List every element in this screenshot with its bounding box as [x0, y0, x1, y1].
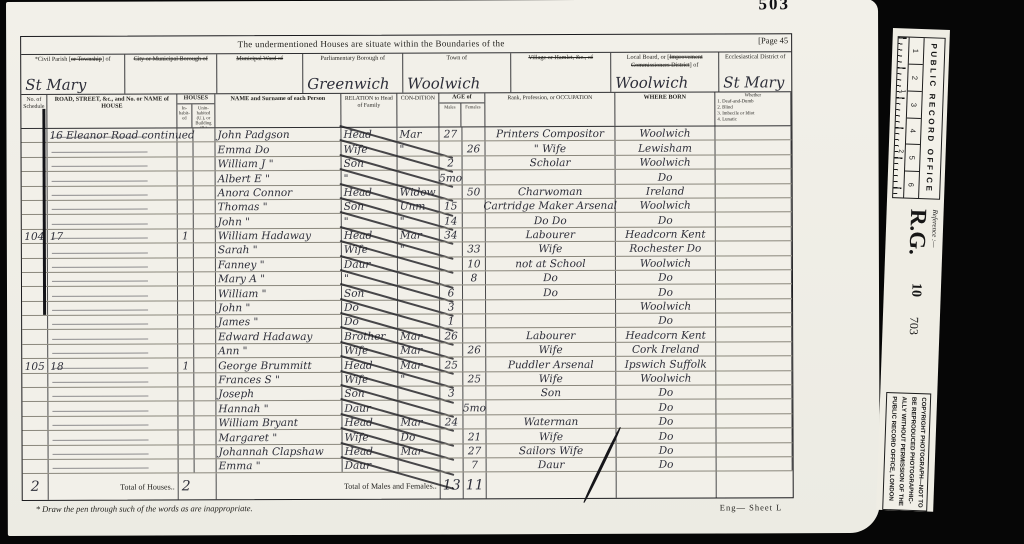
label-struck: Village or Hamlet, &c., of [528, 54, 593, 61]
cell-age-female: 27 [464, 444, 487, 457]
label-pre: *Civil Parish [ [35, 56, 71, 63]
cell-relation: Wife [341, 142, 397, 156]
col-name: NAME and Surname of each Person [215, 94, 341, 127]
label-pre: Ecclesiastical District of [725, 53, 786, 60]
cell-name: Thomas " [216, 200, 342, 214]
cell-uninhabited [194, 229, 216, 242]
cell-schedule [22, 330, 48, 343]
cell-infirmity [716, 155, 792, 169]
reference-value: R.G. 10 703 [900, 209, 931, 355]
cell-name: Emma " [217, 459, 343, 473]
cell-condition: " [398, 243, 440, 257]
cell-uninhabited [194, 272, 216, 285]
cell-uninhabited [194, 330, 216, 343]
public-record-office-label: PUBLIC RECORD OFFICE [919, 38, 945, 199]
ruler-number: 5 [904, 145, 919, 172]
cell-occupation: Labourer [486, 228, 616, 242]
cell-relation: Son [342, 387, 398, 401]
cell-inhabited [177, 128, 193, 141]
cell-age-female [463, 386, 486, 399]
col-houses-label: HOUSES [177, 94, 214, 104]
cell-inhabited [178, 258, 194, 271]
cell-born: Do [616, 414, 716, 428]
cell-occupation: Do [486, 285, 616, 299]
cell-name: William " [216, 286, 342, 300]
cell-road [48, 416, 178, 430]
cell-occupation: Charwoman [486, 184, 616, 198]
col-occupation: Rank, Profession, or OCCUPATION [485, 93, 615, 126]
cell-inhabited [178, 416, 194, 429]
cell-schedule [23, 445, 49, 458]
cell-uninhabited [194, 416, 216, 429]
film-edge-strip: 1 2 1 2 3 4 5 6 PUBLIC RECORD OFFICE Ref… [876, 28, 950, 512]
cell-schedule [22, 402, 48, 415]
cell-age-male [440, 430, 463, 443]
pro-ruler: 1 2 1 2 3 4 5 6 PUBLIC RECORD OFFICE [892, 36, 946, 200]
cell-infirmity [716, 313, 792, 327]
col-relation: RELATION to Head of Family [341, 94, 397, 127]
district-town: Town of Woolwich [403, 53, 511, 92]
cell-uninhabited [194, 243, 216, 256]
district-band: *Civil Parish [or Township] of St Mary C… [21, 52, 791, 95]
cell-age-male [440, 372, 463, 385]
cell-age-male [440, 401, 463, 414]
cell-infirmity [716, 342, 792, 356]
total-females-value: 11 [464, 473, 487, 499]
district-civil-parish: *Civil Parish [or Township] of St Mary [21, 55, 125, 94]
district-label: Local Board, or [Improvement Commissione… [613, 54, 716, 70]
cell-uninhabited [194, 344, 216, 357]
cell-relation: " [342, 214, 398, 228]
cell-schedule [22, 417, 48, 430]
cell-age-male [440, 185, 463, 198]
cell-road [48, 330, 178, 344]
cell-occupation: " Wife [485, 141, 615, 155]
cell-born: Woolwich [616, 371, 716, 385]
cell-age-female [463, 415, 486, 428]
cell-born: Ireland [616, 184, 716, 198]
cell-occupation: Wife [486, 242, 616, 256]
cell-born: Headcorn Kent [616, 227, 716, 241]
cell-occupation [486, 314, 616, 328]
cell-condition: Mar [398, 343, 440, 357]
cell-condition: Mar [398, 415, 440, 429]
cell-age-female: 8 [463, 271, 486, 284]
cell-born: Woolwich [615, 127, 715, 141]
cell-name: Frances S " [216, 372, 342, 386]
cell-occupation: Do Do [486, 213, 616, 227]
col-condition: CON-DITION [397, 93, 439, 126]
cell-name: Fanney " [216, 257, 342, 271]
col-age-label: AGE of [439, 93, 484, 103]
cell-inhabited [177, 143, 193, 156]
cell-name: William Hadaway [216, 229, 342, 243]
ruler-inch-label: 2 [897, 149, 904, 153]
cell-occupation: Labourer [486, 328, 616, 342]
cell-age-female [463, 199, 486, 212]
cell-age-male [440, 271, 463, 284]
cell-name: Emma Do [215, 142, 341, 156]
cell-occupation: Cartridge Maker Arsenal [486, 199, 616, 213]
cell-uninhabited [195, 459, 217, 472]
cell-inhabited [178, 373, 194, 386]
cell-condition [399, 458, 441, 472]
cell-age-female [462, 127, 485, 140]
table-title: The undermentioned Houses are situate wi… [21, 38, 721, 50]
handwritten-value: Greenwich [307, 75, 389, 93]
cell-uninhabited [194, 287, 216, 300]
copyright-notice: COPYRIGHT PHOTOGRAPH—NOT TO BE REPRODUCE… [882, 391, 931, 511]
cell-road [47, 143, 177, 157]
col-born-label: WHERE BORN [644, 95, 687, 101]
cell-road [48, 244, 178, 258]
cell-age-male: 26 [440, 329, 463, 342]
cell-inhabited [178, 287, 194, 300]
cell-uninhabited [194, 186, 216, 199]
cell-condition [398, 286, 440, 300]
cell-road [48, 272, 178, 286]
cell-relation: Wife [342, 372, 398, 386]
col-inhabited: In-habit-ed [177, 104, 192, 127]
cell-occupation: Do [486, 271, 616, 285]
cell-road [48, 373, 178, 387]
cell-born: Do [617, 443, 717, 457]
cell-road [49, 445, 179, 459]
label-pre: Parliamentary Borough of [320, 55, 385, 62]
cell-age-female [463, 170, 486, 183]
district-label: Parliamentary Borough of [305, 55, 400, 63]
district-label: Village or Hamlet, &c., of [513, 54, 608, 62]
cell-road [48, 315, 178, 329]
cell-age-male: 3 [440, 386, 463, 399]
cell-uninhabited [194, 430, 216, 443]
cell-road [48, 287, 178, 301]
cell-uninhabited [193, 128, 215, 141]
cell-inhabited [178, 200, 194, 213]
cell-name: Sarah " [216, 243, 342, 257]
cell-born: Cork Ireland [616, 342, 716, 356]
cell-name: James " [216, 315, 342, 329]
cell-name: John Padgson [215, 128, 341, 142]
cell-name: Ann " [216, 344, 342, 358]
cell-age-male: 15 [440, 199, 463, 212]
cell-born: Woolwich [616, 299, 716, 313]
cell-condition: Unm [398, 199, 440, 213]
cell-inhabited [178, 431, 194, 444]
cell-name: Hannah " [216, 401, 342, 415]
column-header-band: No. of Schedule ROAD, STREET, &c., and N… [21, 92, 791, 129]
label-pre: Local Board, or [ [627, 54, 670, 61]
cell-infirmity [716, 328, 792, 342]
cell-condition: " [398, 372, 440, 386]
cell-relation: Wife [342, 430, 398, 444]
col-road: ROAD, STREET, &c., and No. or NAME of HO… [47, 94, 177, 127]
cell-age-male: 14 [440, 214, 463, 227]
cell-occupation [486, 170, 616, 184]
cell-inhabited [178, 172, 194, 185]
district-local-board: Local Board, or [Improvement Commissione… [611, 53, 719, 92]
cell-relation: Do [342, 300, 398, 314]
infirm-line: 4. Lunatic [717, 117, 736, 122]
cell-relation: Head [343, 444, 399, 458]
cell-schedule: 105 [22, 359, 48, 372]
cell-born: Do [616, 429, 716, 443]
cell-age-female [463, 329, 486, 342]
infirm-line: 1. Deaf-and-Dumb [717, 99, 753, 104]
cell-age-female [463, 286, 486, 299]
cell-age-male: 6 [440, 286, 463, 299]
cell-occupation: Puddler Arsenal [486, 357, 616, 371]
ruler-number: 4 [905, 118, 920, 145]
total-houses-label: Total of Houses.. [49, 474, 179, 500]
label-struck: Municipal Ward of [236, 55, 283, 62]
cell-age-male [440, 243, 463, 256]
cell-condition: " [398, 214, 440, 228]
col-road-label: ROAD, STREET, &c., and No. or NAME of HO… [55, 96, 169, 109]
cell-uninhabited [194, 402, 216, 415]
cell-condition: Mar [399, 444, 441, 458]
cell-inhabited [178, 402, 194, 415]
cell-infirmity [717, 443, 793, 457]
cell-age-female [463, 300, 486, 313]
cell-born: Lewisham [615, 141, 715, 155]
cell-infirmity [716, 256, 792, 270]
cell-relation: Head [342, 415, 398, 429]
cell-uninhabited [194, 301, 216, 314]
cell-age-male [439, 142, 462, 155]
cell-relation: Son [342, 200, 398, 214]
district-label: Ecclesiastical District of [721, 53, 789, 61]
cell-infirmity [716, 400, 792, 414]
cell-age-female: 26 [463, 343, 486, 356]
total-males-females-label: Total of Males and Females.. [217, 473, 441, 500]
census-page: 503 The undermentioned Houses are situat… [6, 0, 880, 536]
cell-occupation: Wife [486, 343, 616, 357]
cell-born: Ipswich Suffolk [616, 357, 716, 371]
cell-road [48, 172, 178, 186]
cell-inhabited [178, 344, 194, 357]
census-row: Emma " Daur 7 Daur Do [23, 457, 793, 474]
total-houses-value: 2 [179, 474, 217, 500]
cell-infirmity [716, 213, 792, 227]
cell-occupation [486, 400, 616, 414]
cell-inhabited [178, 272, 194, 285]
cell-age-male: 1 [440, 314, 463, 327]
label-struck: City or Municipal Borough of [134, 55, 208, 62]
cell-uninhabited [194, 171, 216, 184]
cell-age-female: 25 [463, 372, 486, 385]
cell-relation: Daur [342, 257, 398, 271]
footnote: * Draw the pen through such of the words… [36, 503, 253, 514]
cell-occupation [486, 300, 616, 314]
label-post: ] of [102, 56, 111, 63]
cell-born: Woolwich [616, 256, 716, 270]
ruler-inch-label: 1 [899, 89, 906, 93]
cell-infirmity [716, 428, 792, 442]
cell-name: John " [216, 301, 342, 315]
cell-road [48, 157, 178, 171]
cell-schedule [22, 373, 48, 386]
ruler-number: 3 [906, 91, 921, 118]
cell-age-male [441, 458, 464, 471]
cell-uninhabited [194, 373, 216, 386]
cell-condition: Mar [398, 228, 440, 242]
cell-born: Woolwich [616, 198, 716, 212]
cell-born: Rochester Do [616, 242, 716, 256]
cell-age-female [463, 156, 486, 169]
reference-series: 10 [908, 283, 923, 298]
cell-occupation: Son [486, 386, 616, 400]
cell-relation: Head [342, 358, 398, 372]
cell-age-male: 3 [440, 300, 463, 313]
district-label: Municipal Ward of [219, 55, 300, 63]
cell-infirmity [716, 227, 792, 241]
cell-inhabited [179, 445, 195, 458]
cell-relation: Head [342, 228, 398, 242]
cell-road [48, 186, 178, 200]
cell-age-male: 27 [439, 127, 462, 140]
cell-occupation: Scholar [486, 156, 616, 170]
cell-occupation: Sailors Wife [487, 443, 617, 457]
cell-uninhabited [194, 359, 216, 372]
col-infirmity: Whether 1. Deaf-and-Dumb 2. Blind 3. Imb… [715, 92, 791, 125]
cell-infirmity [715, 141, 791, 155]
handwritten-value: Woolwich [615, 74, 688, 92]
cell-age-female: 50 [463, 185, 486, 198]
cell-relation: Wife [342, 343, 398, 357]
label-pre: Town of [446, 54, 467, 61]
cell-infirmity [716, 184, 792, 198]
total-males-value: 13 [441, 473, 464, 499]
cell-condition [398, 300, 440, 314]
cell-inhabited [178, 243, 194, 256]
cell-inhabited [178, 215, 194, 228]
reference-block: Reference :— R.G. 10 703 [886, 208, 939, 355]
cell-name: William Bryant [216, 416, 342, 430]
cell-condition: Mar [398, 358, 440, 372]
cell-inhabited: 1 [178, 229, 194, 242]
district-village: Village or Hamlet, &c., of [511, 53, 611, 92]
cell-occupation: not at School [486, 256, 616, 270]
cell-condition: " [397, 142, 439, 156]
census-table: The undermentioned Houses are situate wi… [20, 33, 794, 501]
cell-infirmity [717, 457, 793, 471]
total-schedules: 2 [23, 474, 49, 500]
cell-uninhabited [194, 258, 216, 271]
cell-name: Joseph [216, 387, 342, 401]
cell-age-female [463, 314, 486, 327]
cell-relation: Son [342, 286, 398, 300]
col-age: AGE of Males Females [439, 93, 485, 126]
cell-relation: Son [342, 156, 398, 170]
cell-condition [398, 156, 440, 170]
cell-relation: " [342, 272, 398, 286]
rows-container: 16 Eleanor Road continued John Padgson H… [21, 126, 792, 474]
totals-empty-cell [617, 472, 717, 498]
cell-born: Do [616, 213, 716, 227]
cell-infirmity [716, 414, 792, 428]
cell-name: William J " [216, 157, 342, 171]
label-post: ] of [690, 61, 699, 68]
col-uninhabited: Unin-habited (U.), or Building (B.) [192, 104, 214, 127]
cell-infirmity [716, 270, 792, 284]
cell-infirmity [716, 241, 792, 255]
cell-age-female: 5mo [463, 401, 486, 414]
cell-road [48, 431, 178, 445]
cell-condition [398, 401, 440, 415]
cell-infirmity [716, 385, 792, 399]
cell-schedule [22, 345, 48, 358]
cell-age-male: 25 [440, 358, 463, 371]
cell-age-male [440, 257, 463, 270]
infirm-line: 2. Blind [717, 105, 732, 110]
district-parliamentary-borough: Parliamentary Borough of Greenwich [303, 54, 403, 93]
cell-name: Mary A " [216, 272, 342, 286]
cell-condition: Widow [398, 185, 440, 199]
col-males: Males [439, 103, 461, 126]
cell-occupation: Waterman [486, 415, 616, 429]
cell-name: John " [216, 214, 342, 228]
cell-born: Do [616, 285, 716, 299]
cell-age-male [441, 444, 464, 457]
cell-infirmity [715, 126, 791, 140]
reference-piece: 703 [907, 317, 922, 335]
cell-name: Albert E " [216, 171, 342, 185]
cell-age-female: 10 [463, 257, 486, 270]
cell-road: 16 Eleanor Road continued [47, 128, 177, 142]
handwritten-value: St Mary [723, 73, 784, 91]
cell-uninhabited [194, 387, 216, 400]
cell-relation: Wife [342, 243, 398, 257]
cell-born: Do [617, 458, 717, 472]
cell-occupation: Wife [486, 372, 616, 386]
cell-age-female: 26 [462, 142, 485, 155]
cell-born: Headcorn Kent [616, 328, 716, 342]
cell-inhabited [178, 186, 194, 199]
cell-road [48, 387, 178, 401]
cell-road [49, 459, 179, 473]
cell-condition [398, 257, 440, 271]
district-ecclesiastical: Ecclesiastical District of St Mary [719, 52, 791, 91]
cell-road [48, 200, 178, 214]
cell-inhabited [179, 459, 195, 472]
col-females: Females [461, 103, 484, 126]
cell-uninhabited [194, 200, 216, 213]
cell-condition [398, 387, 440, 401]
cell-name: Edward Hadaway [216, 329, 342, 343]
cell-inhabited: 1 [178, 359, 194, 372]
totals-row: 2 Total of Houses.. 2 Total of Males and… [23, 472, 793, 501]
cell-road [48, 215, 178, 229]
cell-name: Johannah Clapshaw [217, 444, 343, 458]
cell-inhabited [178, 157, 194, 170]
cell-infirmity [716, 371, 792, 385]
cell-age-male: 5mo [440, 171, 463, 184]
cell-relation: Head [342, 185, 398, 199]
district-label: Town of [405, 54, 508, 62]
district-municipal-ward: Municipal Ward of [217, 54, 303, 93]
cell-infirmity [716, 198, 792, 212]
cell-condition [398, 271, 440, 285]
cell-inhabited [178, 315, 194, 328]
cell-born: Do [616, 400, 716, 414]
cell-road [48, 258, 178, 272]
cell-age-female: 7 [464, 458, 487, 471]
cell-age-female: 33 [463, 242, 486, 255]
cell-age-male: 2 [440, 156, 463, 169]
cell-relation: " [342, 171, 398, 185]
cell-relation: Brother [342, 329, 398, 343]
